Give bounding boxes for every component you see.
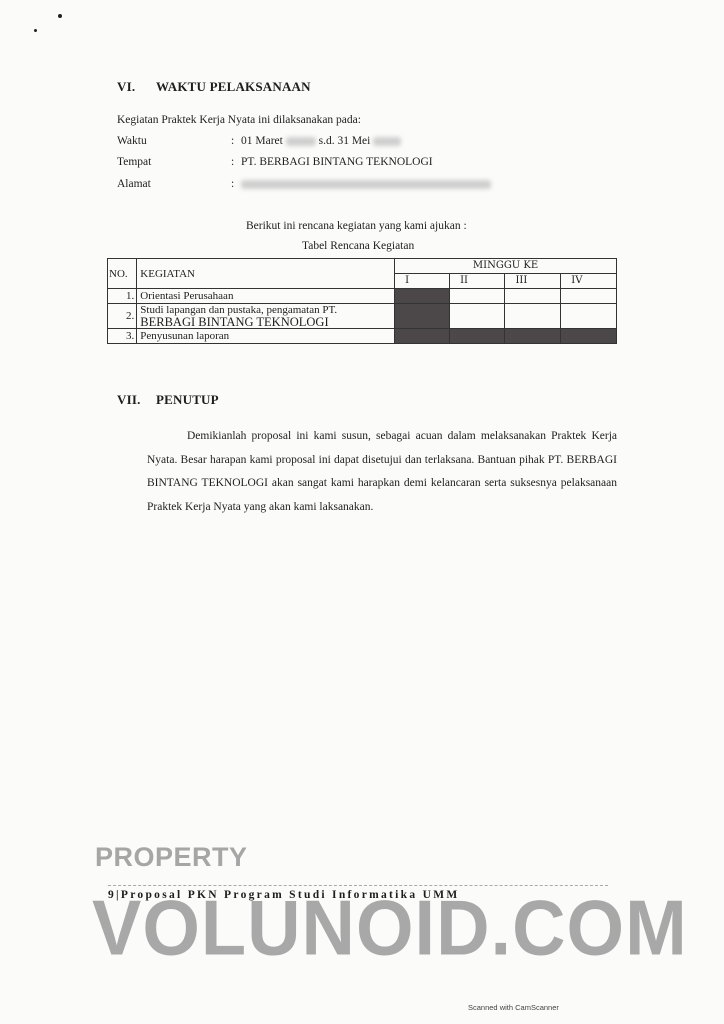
- week-cell: [561, 304, 617, 329]
- table-header-row: NO. KEGIATAN MINGGU KE: [108, 259, 617, 274]
- week-cell: [561, 289, 617, 304]
- watermark-property: PROPERTY: [95, 842, 248, 873]
- field-value: PT. BERBAGI BINTANG TEKNOLOGI: [241, 156, 433, 168]
- week-cell: [450, 329, 505, 344]
- header-week-1: I: [395, 274, 450, 289]
- header-week-3: III: [505, 274, 561, 289]
- plan-intro: Berikut ini rencana kegiatan yang kami a…: [246, 220, 467, 232]
- week-cell: [561, 329, 617, 344]
- row-number: 1.: [108, 289, 137, 304]
- table-row: 1. Orientasi Perusahaan: [108, 289, 617, 304]
- header-activity: KEGIATAN: [137, 259, 395, 289]
- field-label: Alamat: [117, 178, 151, 190]
- header-no: NO.: [108, 259, 137, 289]
- header-week-4: IV: [561, 274, 617, 289]
- redacted-year: [286, 137, 316, 146]
- redacted-address: [241, 178, 491, 190]
- section-title: PENUTUP: [156, 392, 219, 407]
- week-cell: [395, 329, 450, 344]
- intro-text: Kegiatan Praktek Kerja Nyata ini dilaksa…: [117, 114, 361, 126]
- table-row: 2. Studi lapangan dan pustaka, pengamata…: [108, 304, 617, 329]
- field-label: Tempat: [117, 156, 151, 168]
- field-value: 01 Maret s.d. 31 Mei: [241, 135, 401, 147]
- field-colon: :: [231, 135, 234, 147]
- watermark-site: VOLUNOID.COM: [92, 886, 688, 970]
- week-cell: [450, 289, 505, 304]
- redacted-year: [373, 137, 401, 146]
- week-cell: [505, 304, 561, 329]
- closing-paragraph: Demikianlah proposal ini kami susun, seb…: [147, 425, 617, 519]
- section-vii-heading: VII.PENUTUP: [117, 392, 219, 408]
- scanner-note: Scanned with CamScanner: [468, 1003, 559, 1012]
- closing-text: Demikianlah proposal ini kami susun, seb…: [147, 430, 617, 513]
- scan-speck: [58, 14, 62, 18]
- field-colon: :: [231, 178, 234, 190]
- row-number: 3.: [108, 329, 137, 344]
- section-number: VI.: [117, 79, 156, 95]
- week-cell: [505, 329, 561, 344]
- activity-line-2: BERBAGI BINTANG TEKNOLOGI: [140, 316, 391, 328]
- week-cell: [395, 289, 450, 304]
- field-colon: :: [231, 156, 234, 168]
- row-activity: Penyusunan laporan: [137, 329, 395, 344]
- section-title: WAKTU PELAKSANAAN: [156, 79, 311, 94]
- date-start: 01 Maret: [241, 135, 283, 147]
- table-row: 3. Penyusunan laporan: [108, 329, 617, 344]
- week-cell: [505, 289, 561, 304]
- field-label: Waktu: [117, 135, 147, 147]
- section-vi-heading: VI.WAKTU PELAKSANAAN: [117, 79, 311, 95]
- table-caption: Tabel Rencana Kegiatan: [302, 240, 414, 252]
- week-cell: [450, 304, 505, 329]
- activity-plan-table: NO. KEGIATAN MINGGU KE I II III IV 1. Or…: [107, 258, 617, 344]
- row-activity: Studi lapangan dan pustaka, pengamatan P…: [137, 304, 395, 329]
- row-number: 2.: [108, 304, 137, 329]
- row-activity: Orientasi Perusahaan: [137, 289, 395, 304]
- scan-speck: [34, 29, 37, 32]
- week-cell: [395, 304, 450, 329]
- header-week-2: II: [450, 274, 505, 289]
- date-end: s.d. 31 Mei: [319, 135, 371, 147]
- section-number: VII.: [117, 392, 156, 408]
- header-weeks-group: MINGGU KE: [395, 259, 617, 274]
